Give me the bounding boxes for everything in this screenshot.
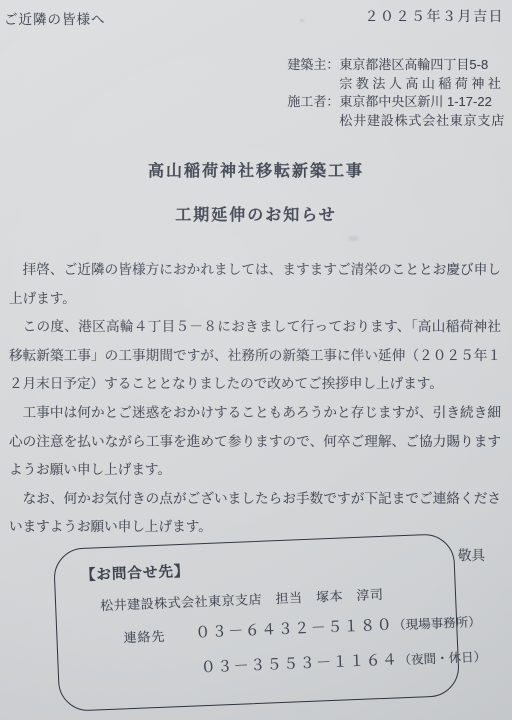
title-project-name: 高山稲荷神社移転新築工事 (0, 158, 512, 181)
document-title: 高山稲荷神社移転新築工事 工期延伸のお知らせ (0, 158, 512, 225)
contractor-name-spacer (287, 112, 339, 131)
paper-smudge (300, 19, 304, 22)
title-notice-type: 工期延伸のお知らせ (0, 202, 512, 225)
phone2-note: （夜間・休日） (398, 650, 486, 668)
contact-company-line: 松井建設株式会社東京支店 担当 塚本 淳司 (100, 584, 384, 614)
paragraph-greeting: 拝啓、ご近隣の皆様方におかれましては、ますますご清栄のこととお慶び申し上げます。 (9, 256, 501, 313)
contact-label: 連絡先 (123, 626, 166, 647)
contractor-name: 松井建設株式会社東京支店 (339, 112, 505, 131)
parties-block: 建築主： 東京都港区高輪四丁目5-8 宗教法人高山稲荷神社 施工者： 東京都中央… (287, 56, 505, 130)
letter-page: ご近隣の皆様へ ２０２５年３月吉日 建築主： 東京都港区高輪四丁目5-8 宗教法… (0, 0, 512, 720)
paragraph-extension-notice: この度、港区高輪４丁目５－８におきまして行っております、「高山稲荷神社移転新築工… (9, 313, 501, 399)
phone-number-night-holiday: ０３－３５５３－１１６４（夜間・休日） (200, 645, 486, 677)
contact-phone-row-2: ０３－３５５３－１１６４（夜間・休日） (58, 646, 457, 662)
recipient-line: ご近隣の皆様へ (4, 8, 106, 28)
paragraph-apology: 工事中は何かとご迷惑をおかけすることもあろうかと存じますが、引き続き細心の注意を… (9, 399, 501, 485)
phone1-number: ０３－６４３２－５１８０ (195, 617, 394, 642)
letter-body: 拝啓、ご近隣の皆様方におかれましては、ますますご清栄のこととお慶び申し上げます。… (9, 256, 501, 571)
contact-info-box: 【お問合せ先】 松井建設株式会社東京支店 担当 塚本 淳司 連絡先 ０３－６４３… (53, 533, 460, 712)
contractor-address: 東京都中央区新川 1-17-22 (339, 93, 505, 112)
builder-address: 東京都港区高輪四丁目5-8 (339, 56, 505, 75)
builder-label: 建築主： (287, 56, 339, 75)
builder-name: 宗教法人高山稲荷神社 (339, 75, 505, 94)
phone-number-site-office: ０３－６４３２－５１８０（現場事務所） (195, 610, 481, 642)
paper-smudge (348, 236, 359, 241)
issue-date: ２０２５年３月吉日 (365, 6, 505, 26)
phone1-note: （現場事務所） (393, 615, 481, 633)
contractor-label: 施工者： (287, 93, 339, 112)
builder-name-spacer (287, 75, 339, 94)
phone2-number: ０３－３５５３－１１６４ (200, 651, 399, 676)
contact-heading: 【お問合せ先】 (81, 560, 190, 585)
